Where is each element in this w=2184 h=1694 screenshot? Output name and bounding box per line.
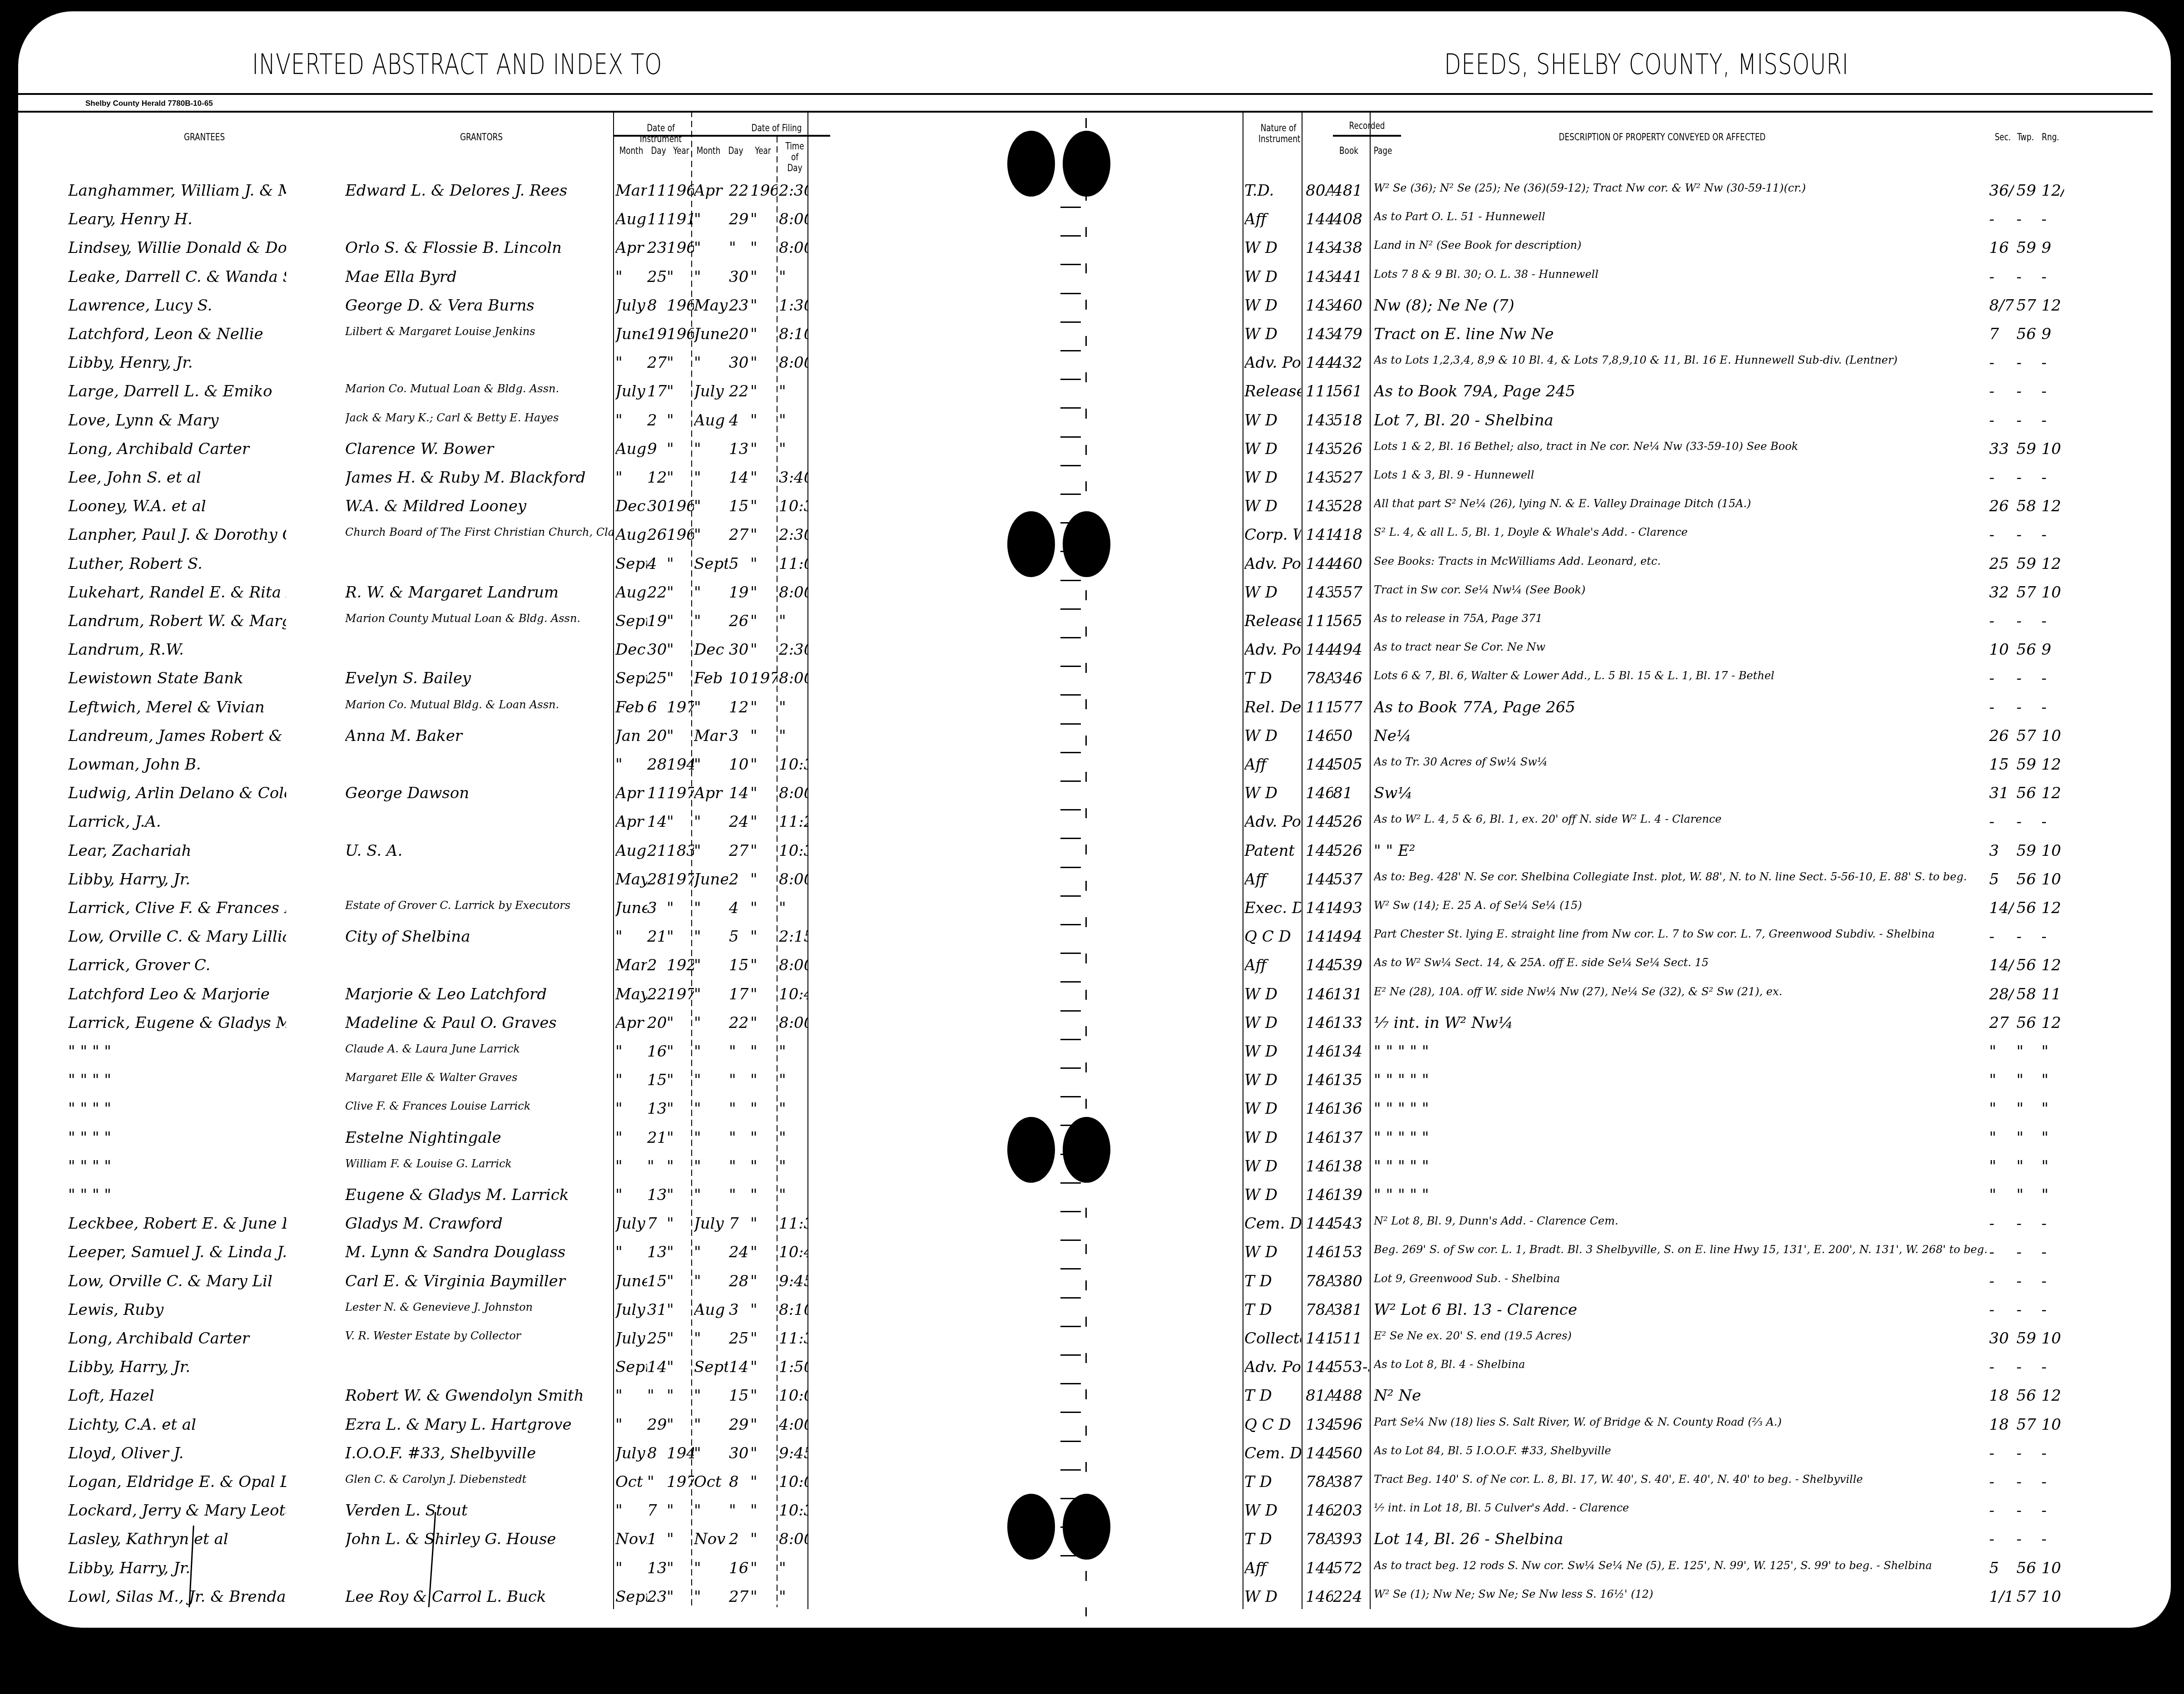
cell-instr-day: 1 bbox=[647, 1530, 668, 1548]
cell-nature-of-instrument: Aff bbox=[1244, 1559, 1301, 1577]
cell-rng: 12 bbox=[2041, 899, 2064, 917]
cell-description: E² Se Ne ex. 20' S. end (19.5 Acres) bbox=[1374, 1329, 1987, 1342]
cell-filing-day: 14 bbox=[729, 469, 752, 487]
cell-time-of-day: 1:50 bbox=[779, 1358, 808, 1376]
cell-time-of-day: 9:45 bbox=[779, 1272, 808, 1290]
gutter-tick bbox=[1060, 752, 1081, 753]
cell-filing-month: " bbox=[694, 1100, 728, 1118]
cell-filing-day: 22 bbox=[729, 382, 752, 400]
cell-instr-year: " bbox=[667, 1329, 694, 1348]
gutter-tick bbox=[1060, 1240, 1081, 1241]
cell-sec: - bbox=[1989, 354, 2014, 372]
cell-twp: - bbox=[2016, 1501, 2039, 1520]
cell-rng: 10 bbox=[2041, 1588, 2064, 1606]
ledger-row: " " " "William F. & Louise G. Larrick"""… bbox=[0, 1157, 2184, 1185]
cell-rng: - bbox=[2041, 928, 2064, 946]
cell-grantee: Leake, Darrell C. & Wanda S. bbox=[68, 268, 286, 286]
cell-filing-year: " bbox=[750, 583, 778, 602]
cell-description: W² Se (36); N² Se (25); Ne (36)(59-12); … bbox=[1374, 182, 1987, 194]
cell-page: 441 bbox=[1333, 268, 1369, 286]
cell-nature-of-instrument: W D bbox=[1244, 1588, 1301, 1606]
cell-page: 135 bbox=[1333, 1071, 1369, 1089]
cell-filing-year: " bbox=[750, 1416, 778, 1434]
cell-sec: 3 bbox=[1989, 842, 2014, 860]
cell-grantor: Lilbert & Margaret Louise Jenkins bbox=[345, 325, 613, 338]
cell-grantor: Gladys M. Crawford bbox=[345, 1215, 613, 1233]
cell-nature-of-instrument: T D bbox=[1244, 1473, 1301, 1491]
column-header-date-of-filing: Date of Filing bbox=[751, 123, 802, 133]
ledger-row: Loft, HazelRobert W. & Gwendolyn Smith""… bbox=[0, 1387, 2184, 1415]
cell-filing-day: 14 bbox=[729, 784, 752, 802]
cell-filing-year: " bbox=[750, 1014, 778, 1032]
cell-book: 146 bbox=[1306, 784, 1333, 802]
cell-time-of-day: 8:10 bbox=[779, 1301, 808, 1319]
ledger-row: Larrick, J.A.Apr14""24"11:20Adv. Poss. A… bbox=[0, 813, 2184, 841]
cell-instr-day: 11 bbox=[647, 210, 668, 228]
cell-book: 146 bbox=[1306, 1157, 1333, 1175]
cell-sec: 33 bbox=[1989, 440, 2014, 458]
cell-instr-day: 27 bbox=[647, 354, 668, 372]
gutter-tick bbox=[1060, 551, 1081, 552]
cell-page: 438 bbox=[1333, 239, 1369, 257]
cell-page: 50 bbox=[1333, 727, 1369, 745]
gutter-tick bbox=[1060, 264, 1081, 265]
ledger-row: Lowl, Silas M., Jr. & Brenda J.Lee Roy &… bbox=[0, 1588, 2184, 1616]
cell-description: " " E² bbox=[1374, 842, 1987, 860]
cell-nature-of-instrument: Exec. Deed bbox=[1244, 899, 1301, 917]
cell-grantee: Long, Archibald Carter bbox=[68, 440, 286, 458]
cell-grantee: Larrick, J.A. bbox=[68, 813, 286, 831]
cell-filing-day: 27 bbox=[729, 842, 752, 860]
cell-instr-year: " bbox=[667, 1014, 694, 1032]
cell-page: 224 bbox=[1333, 1588, 1369, 1606]
cell-sec: 5 bbox=[1989, 870, 2014, 889]
gutter-tick bbox=[1060, 1182, 1081, 1184]
gutter-tick bbox=[1060, 1096, 1081, 1097]
cell-description: Lot 14, Bl. 26 - Shelbina bbox=[1374, 1530, 1987, 1548]
cell-instr-day: 22 bbox=[647, 583, 668, 602]
cell-instr-day: " bbox=[647, 1157, 668, 1175]
cell-filing-day: " bbox=[729, 1042, 752, 1061]
cell-sec: " bbox=[1989, 1100, 2014, 1118]
cell-filing-month: " bbox=[694, 899, 728, 917]
cell-twp: 57 bbox=[2016, 1416, 2039, 1434]
cell-filing-day: 3 bbox=[729, 1301, 752, 1319]
cell-instr-month: " bbox=[615, 1042, 647, 1061]
ledger-row: Langhammer, William J. & Mary L.Edward L… bbox=[0, 182, 2184, 210]
ledger-row: Leary, Henry H.Aug111919"29"8:00Aff14440… bbox=[0, 210, 2184, 238]
cell-time-of-day: 10:30 bbox=[779, 1501, 808, 1520]
recorded-subheader-rule bbox=[1333, 135, 1401, 137]
cell-nature-of-instrument: W D bbox=[1244, 1100, 1301, 1118]
cell-filing-year: " bbox=[750, 1272, 778, 1290]
cell-filing-year: 1969 bbox=[750, 182, 778, 200]
cell-description: Lot 7, Bl. 20 - Shelbina bbox=[1374, 411, 1987, 430]
cell-filing-year: " bbox=[750, 842, 778, 860]
cell-twp: - bbox=[2016, 612, 2039, 630]
cell-twp: " bbox=[2016, 1129, 2039, 1147]
cell-time-of-day: 8:00 bbox=[779, 1014, 808, 1032]
cell-instr-month: July bbox=[615, 296, 647, 315]
cell-book: 146 bbox=[1306, 1186, 1333, 1204]
cell-page: 481 bbox=[1333, 182, 1369, 200]
cell-grantor: M. Lynn & Sandra Douglass bbox=[345, 1243, 613, 1261]
cell-instr-year: " bbox=[667, 268, 694, 286]
cell-filing-month: Feb bbox=[694, 669, 728, 687]
cell-filing-year: " bbox=[750, 1530, 778, 1548]
cell-instr-year: 1943 bbox=[667, 756, 694, 774]
cell-instr-year: " bbox=[667, 1530, 694, 1548]
cell-instr-month: Mar bbox=[615, 956, 647, 974]
gutter-tick bbox=[1060, 1067, 1081, 1069]
cell-book: 78A bbox=[1306, 669, 1333, 687]
cell-instr-day: 9 bbox=[647, 440, 668, 458]
cell-filing-month: " bbox=[694, 526, 728, 544]
cell-time-of-day: 9:45 bbox=[779, 1444, 808, 1462]
cell-nature-of-instrument: W D bbox=[1244, 239, 1301, 257]
cell-sec: 5 bbox=[1989, 1559, 2014, 1577]
cell-grantor: Marjorie & Leo Latchford bbox=[345, 985, 613, 1003]
cell-filing-year: " bbox=[750, 756, 778, 774]
cell-rng: 12 bbox=[2041, 497, 2064, 515]
cell-nature-of-instrument: W D bbox=[1244, 1042, 1301, 1061]
cell-time-of-day: " bbox=[779, 1042, 808, 1061]
cell-sec: 31 bbox=[1989, 784, 2014, 802]
cell-description: S² L. 4, & all L. 5, Bl. 1, Doyle & Whal… bbox=[1374, 526, 1987, 538]
cell-book: 143 bbox=[1306, 411, 1333, 430]
cell-instr-year: " bbox=[667, 411, 694, 430]
cell-nature-of-instrument: Cem. Deed bbox=[1244, 1215, 1301, 1233]
cell-instr-year: " bbox=[667, 1243, 694, 1261]
cell-filing-month: " bbox=[694, 354, 728, 372]
column-header-filing-day: Day bbox=[725, 145, 747, 156]
cell-instr-day: 7 bbox=[647, 1215, 668, 1233]
cell-description: " " " " " bbox=[1374, 1071, 1987, 1089]
cell-book: 146 bbox=[1306, 1588, 1333, 1606]
cell-rng: - bbox=[2041, 268, 2064, 286]
cell-instr-month: July bbox=[615, 1329, 647, 1348]
cell-instr-year: 1970 bbox=[667, 784, 694, 802]
cell-page: 494 bbox=[1333, 641, 1369, 659]
cell-time-of-day: " bbox=[779, 268, 808, 286]
cell-filing-year: " bbox=[750, 1129, 778, 1147]
cell-instr-year: " bbox=[667, 382, 694, 400]
cell-nature-of-instrument: Collector's Deed bbox=[1244, 1329, 1301, 1348]
cell-filing-year: " bbox=[750, 440, 778, 458]
cell-page: 526 bbox=[1333, 440, 1369, 458]
cell-book: 146 bbox=[1306, 985, 1333, 1003]
cell-nature-of-instrument: W D bbox=[1244, 583, 1301, 602]
cell-nature-of-instrument: Aff bbox=[1244, 870, 1301, 889]
cell-time-of-day: " bbox=[779, 899, 808, 917]
cell-grantee: Leeper, Samuel J. & Linda J. bbox=[68, 1243, 286, 1261]
cell-instr-month: July bbox=[615, 1444, 647, 1462]
cell-sec: 7 bbox=[1989, 325, 2014, 343]
cell-rng: " bbox=[2041, 1042, 2064, 1061]
gutter-tick bbox=[1060, 924, 1081, 925]
cell-description: W² Se (1); Nw Ne; Sw Ne; Se Nw less S. 1… bbox=[1374, 1588, 1987, 1600]
cell-rng: - bbox=[2041, 669, 2064, 687]
cell-filing-month: " bbox=[694, 1272, 728, 1290]
cell-grantee: Lanpher, Paul J. & Dorothy G. bbox=[68, 526, 286, 544]
cell-rng: 11 bbox=[2041, 985, 2064, 1003]
cell-instr-year: 1946 bbox=[667, 1444, 694, 1462]
cell-description: Lot 9, Greenwood Sub. - Shelbina bbox=[1374, 1272, 1987, 1285]
cell-description: As to Lot 84, Bl. 5 I.O.O.F. #33, Shelby… bbox=[1374, 1444, 1987, 1457]
cell-instr-year: " bbox=[667, 1358, 694, 1376]
header-rule-bottom bbox=[18, 111, 2153, 113]
cell-filing-day: 30 bbox=[729, 268, 752, 286]
ledger-row: Libby, Harry, Jr.May281970June2"8:00Aff1… bbox=[0, 870, 2184, 899]
cell-description: Ne¼ bbox=[1374, 727, 1987, 745]
cell-page: 137 bbox=[1333, 1129, 1369, 1147]
cell-book: 111 bbox=[1306, 382, 1333, 400]
cell-filing-month: " bbox=[694, 612, 728, 630]
cell-twp: 56 bbox=[2016, 1387, 2039, 1405]
cell-book: 81A bbox=[1306, 1387, 1333, 1405]
cell-grantee: Landrum, Robert W. & Margaret bbox=[68, 612, 286, 630]
gutter-tick bbox=[1060, 1441, 1081, 1442]
cell-page: 153 bbox=[1333, 1243, 1369, 1261]
cell-page: 557 bbox=[1333, 583, 1369, 602]
cell-time-of-day: " bbox=[779, 382, 808, 400]
cell-twp: " bbox=[2016, 1100, 2039, 1118]
cell-instr-day: 21 bbox=[647, 842, 668, 860]
cell-instr-month: Nov. bbox=[615, 1530, 647, 1548]
cell-twp: 59 bbox=[2016, 182, 2039, 200]
cell-filing-year: " bbox=[750, 497, 778, 515]
gutter-tick bbox=[1060, 694, 1081, 696]
column-header-instr-year: Year bbox=[670, 145, 692, 156]
cell-instr-day: 23 bbox=[647, 1588, 668, 1606]
cell-filing-year: " bbox=[750, 325, 778, 343]
cell-instr-year: " bbox=[667, 440, 694, 458]
cell-instr-day: 3 bbox=[647, 899, 668, 917]
cell-twp: 58 bbox=[2016, 497, 2039, 515]
cell-nature-of-instrument: W D bbox=[1244, 411, 1301, 430]
cell-nature-of-instrument: Q C D bbox=[1244, 928, 1301, 946]
cell-rng: - bbox=[2041, 1243, 2064, 1261]
cell-instr-year: 1969 bbox=[667, 182, 694, 200]
cell-instr-day: 14 bbox=[647, 1358, 668, 1376]
cell-filing-month: " bbox=[694, 1588, 728, 1606]
cell-page: 543 bbox=[1333, 1215, 1369, 1233]
cell-grantee: Low, Orville C. & Mary Lil bbox=[68, 1272, 286, 1290]
cell-grantee: Lear, Zachariah bbox=[68, 842, 286, 860]
cell-instr-day: 25 bbox=[647, 268, 668, 286]
cell-grantee: Latchford Leo & Marjorie bbox=[68, 985, 286, 1003]
cell-sec: - bbox=[1989, 1272, 2014, 1290]
cell-page: 537 bbox=[1333, 870, 1369, 889]
cell-filing-day: 27 bbox=[729, 526, 752, 544]
cell-filing-month: " bbox=[694, 440, 728, 458]
cell-nature-of-instrument: T.D. bbox=[1244, 182, 1301, 200]
cell-instr-year: " bbox=[667, 1501, 694, 1520]
cell-sec: - bbox=[1989, 1530, 2014, 1548]
ledger-row: Libby, Harry, Jr."13""16""Aff144572As to… bbox=[0, 1559, 2184, 1587]
cell-nature-of-instrument: W D bbox=[1244, 1243, 1301, 1261]
cell-instr-day: 19 bbox=[647, 612, 668, 630]
cell-instr-day: " bbox=[647, 1473, 668, 1491]
cell-nature-of-instrument: W D bbox=[1244, 1129, 1301, 1147]
cell-description: Lots 1 & 3, Bl. 9 - Hunnewell bbox=[1374, 469, 1987, 481]
cell-twp: - bbox=[2016, 354, 2039, 372]
cell-instr-year: " bbox=[667, 727, 694, 745]
cell-grantee: " " " " bbox=[68, 1100, 286, 1118]
cell-time-of-day: " bbox=[779, 612, 808, 630]
cell-page: 387 bbox=[1333, 1473, 1369, 1491]
ledger-row: Latchford, Leon & NellieLilbert & Margar… bbox=[0, 325, 2184, 353]
cell-page: 488 bbox=[1333, 1387, 1369, 1405]
cell-instr-year: " bbox=[667, 612, 694, 630]
cell-instr-month: Sept bbox=[615, 1358, 647, 1376]
cell-grantor: Clarence W. Bower bbox=[345, 440, 613, 458]
cell-book: 111 bbox=[1306, 612, 1333, 630]
gutter-tick bbox=[1060, 1354, 1081, 1356]
cell-filing-day: 24 bbox=[729, 813, 752, 831]
cell-filing-year: " bbox=[750, 1215, 778, 1233]
cell-twp: 59 bbox=[2016, 239, 2039, 257]
cell-rng: 9 bbox=[2041, 239, 2064, 257]
cell-filing-day: 10 bbox=[729, 756, 752, 774]
cell-description: Beg. 269' S. of Sw cor. L. 1, Bradt. Bl.… bbox=[1374, 1243, 1987, 1256]
cell-book: 146 bbox=[1306, 1129, 1333, 1147]
gutter-tick bbox=[1060, 637, 1081, 638]
cell-nature-of-instrument: Adv. Poss. Aff. bbox=[1244, 813, 1301, 831]
cell-instr-month: " bbox=[615, 756, 647, 774]
column-header-sec: Sec. bbox=[1994, 132, 2012, 143]
cell-filing-year: " bbox=[750, 555, 778, 573]
cell-grantee: Logan, Eldridge E. & Opal LaVern bbox=[68, 1473, 286, 1491]
cell-nature-of-instrument: Release of D.T. bbox=[1244, 612, 1301, 630]
cell-filing-month: June bbox=[694, 325, 728, 343]
cell-instr-month: Sept bbox=[615, 555, 647, 573]
cell-twp: - bbox=[2016, 698, 2039, 716]
cell-filing-month: " bbox=[694, 1416, 728, 1434]
cell-grantee: Libby, Harry, Jr. bbox=[68, 870, 286, 889]
cell-page: 526 bbox=[1333, 842, 1369, 860]
cell-rng: 12 bbox=[2041, 296, 2064, 315]
cell-grantee: Lindsey, Willie Donald & Doris Yvonne bbox=[68, 239, 286, 257]
ledger-row: Lasley, Kathryn et alJohn L. & Shirley G… bbox=[0, 1530, 2184, 1558]
cell-time-of-day: 8:00 bbox=[779, 956, 808, 974]
ledger-row: Lichty, C.A. et alEzra L. & Mary L. Hart… bbox=[0, 1416, 2184, 1444]
cell-grantee: Langhammer, William J. & Mary L. bbox=[68, 182, 286, 200]
ledger-row: Lear, ZachariahU. S. A.Aug211838"27"10:3… bbox=[0, 842, 2184, 870]
cell-instr-month: July bbox=[615, 1301, 647, 1319]
cell-book: 144 bbox=[1306, 354, 1333, 372]
cell-time-of-day: 2:30 bbox=[779, 641, 808, 659]
cell-rng: 10 bbox=[2041, 440, 2064, 458]
cell-book: 143 bbox=[1306, 583, 1333, 602]
column-header-recorded: Recorded bbox=[1349, 120, 1385, 131]
cell-filing-day: 7 bbox=[729, 1215, 752, 1233]
cell-instr-year: " bbox=[667, 354, 694, 372]
cell-grantee: Lowl, Silas M., Jr. & Brenda J. bbox=[68, 1588, 286, 1606]
cell-instr-day: 6 bbox=[647, 698, 668, 716]
cell-grantor: W.A. & Mildred Looney bbox=[345, 497, 613, 515]
cell-instr-day: 4 bbox=[647, 555, 668, 573]
cell-book: 143 bbox=[1306, 239, 1333, 257]
cell-instr-day: 23 bbox=[647, 239, 668, 257]
ledger-row: " " " "Estelne Nightingale"21"""""W D146… bbox=[0, 1129, 2184, 1157]
cell-sec: 14/15 bbox=[1989, 956, 2014, 974]
cell-grantee: Loft, Hazel bbox=[68, 1387, 286, 1405]
cell-page: 380 bbox=[1333, 1272, 1369, 1290]
cell-sec: - bbox=[1989, 382, 2014, 400]
cell-twp: 56 bbox=[2016, 870, 2039, 889]
cell-filing-day: 3 bbox=[729, 727, 752, 745]
cell-description: Part Se¼ Nw (18) lies S. Salt River, W. … bbox=[1374, 1416, 1987, 1428]
cell-filing-month: " bbox=[694, 985, 728, 1003]
column-header-time-of-day: Time of Day bbox=[784, 141, 806, 173]
cell-nature-of-instrument: Aff bbox=[1244, 210, 1301, 228]
cell-grantor: Mae Ella Byrd bbox=[345, 268, 613, 286]
column-header-nature: Nature of Instrument bbox=[1258, 123, 1298, 144]
cell-rng: 10 bbox=[2041, 1329, 2064, 1348]
cell-instr-day: 15 bbox=[647, 1071, 668, 1089]
cell-filing-year: " bbox=[750, 870, 778, 889]
ledger-row: Low, Orville C. & Mary LilCarl E. & Virg… bbox=[0, 1272, 2184, 1300]
gutter-tick bbox=[1060, 494, 1081, 495]
cell-twp: - bbox=[2016, 1530, 2039, 1548]
cell-description: Part Chester St. lying E. straight line … bbox=[1374, 928, 1987, 940]
cell-nature-of-instrument: W D bbox=[1244, 985, 1301, 1003]
cell-rng: 12 bbox=[2041, 956, 2064, 974]
cell-instr-year: 1919 bbox=[667, 210, 694, 228]
cell-filing-day: 13 bbox=[729, 440, 752, 458]
cell-book: 144 bbox=[1306, 1444, 1333, 1462]
cell-page: 346 bbox=[1333, 669, 1369, 687]
cell-twp: - bbox=[2016, 1444, 2039, 1462]
cell-time-of-day: " bbox=[779, 440, 808, 458]
cell-filing-day: 8 bbox=[729, 1473, 752, 1491]
cell-grantor: Evelyn S. Bailey bbox=[345, 669, 613, 687]
cell-twp: - bbox=[2016, 928, 2039, 946]
cell-time-of-day: 8:00 bbox=[779, 354, 808, 372]
cell-filing-year: " bbox=[750, 1100, 778, 1118]
cell-page: 136 bbox=[1333, 1100, 1369, 1118]
cell-instr-month: June bbox=[615, 899, 647, 917]
cell-filing-month: " bbox=[694, 1501, 728, 1520]
cell-sec: 27 bbox=[1989, 1014, 2014, 1032]
ledger-row: Lawrence, Lucy S.George D. & Vera BurnsJ… bbox=[0, 296, 2184, 325]
cell-rng: - bbox=[2041, 354, 2064, 372]
cell-sec: - bbox=[1989, 1444, 2014, 1462]
cell-description: As to Book 77A, Page 265 bbox=[1374, 698, 1987, 716]
cell-filing-year: " bbox=[750, 698, 778, 716]
cell-nature-of-instrument: W D bbox=[1244, 1186, 1301, 1204]
cell-description: As to: Beg. 428' N. Se cor. Shelbina Col… bbox=[1374, 870, 1987, 883]
gutter-tick bbox=[1060, 1039, 1081, 1040]
gutter-tick bbox=[1060, 1154, 1081, 1155]
cell-sec: - bbox=[1989, 210, 2014, 228]
cell-page: 138 bbox=[1333, 1157, 1369, 1175]
cell-filing-day: 2 bbox=[729, 870, 752, 889]
cell-instr-year: 1970 bbox=[667, 870, 694, 889]
cell-instr-day: 20 bbox=[647, 727, 668, 745]
cell-nature-of-instrument: W D bbox=[1244, 268, 1301, 286]
cell-twp: " bbox=[2016, 1071, 2039, 1089]
cell-filing-month: Sept bbox=[694, 555, 728, 573]
cell-filing-day: 19 bbox=[729, 583, 752, 602]
cell-filing-year: " bbox=[750, 210, 778, 228]
cell-twp: 56 bbox=[2016, 784, 2039, 802]
cell-grantee: Luther, Robert S. bbox=[68, 555, 286, 573]
cell-filing-year: " bbox=[750, 928, 778, 946]
cell-instr-year: " bbox=[667, 1186, 694, 1204]
cell-instr-year: 1964 bbox=[667, 296, 694, 315]
